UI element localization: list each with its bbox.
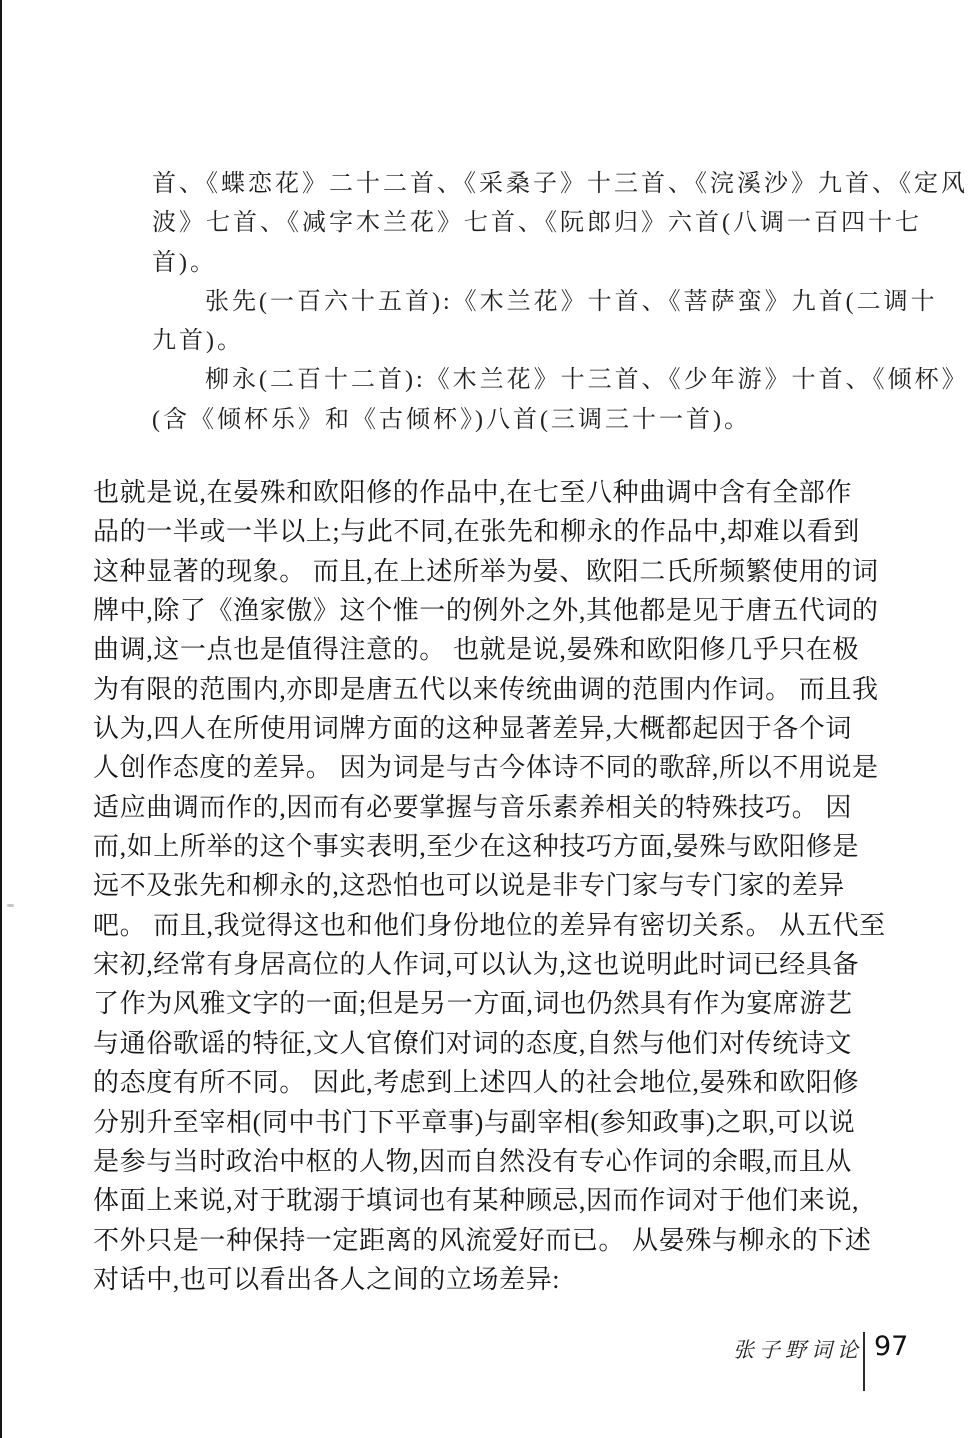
body-line: 而,如上所举的这个事实表明,至少在这种技巧方面,晏殊与欧阳修是 [93, 827, 893, 866]
body-paragraph: 也就是说,在晏殊和欧阳修的作品中,在七至八种曲调中含有全部作品的一半或一半以上;… [93, 473, 893, 1299]
running-title: 张子野词论 [733, 1334, 863, 1364]
scanned-page: 首、《蝶恋花》二十二首、《采桑子》十三首、《浣溪沙》九首、《定风波》七首、《减字… [0, 0, 977, 1438]
body-line: 的态度有所不同。 因此,考虑到上述四人的社会地位,晏殊和欧阳修 [93, 1063, 893, 1102]
body-line: 对话中,也可以看出各人之间的立场差异: [93, 1260, 893, 1299]
body-line: 是参与当时政治中枢的人物,因而自然没有专心作词的余暇,而且从 [93, 1142, 893, 1181]
body-line: 牌中,除了《渔家傲》这个惟一的例外之外,其他都是见于唐五代词的 [93, 591, 893, 630]
body-line: 品的一半或一半以上;与此不同,在张先和柳永的作品中,却难以看到 [93, 512, 893, 551]
page-number: 97 [874, 1331, 908, 1362]
body-line: 了作为风雅文字的一面;但是另一方面,词也仍然具有作为宴席游艺 [93, 984, 893, 1023]
body-line: 为有限的范围内,亦即是唐五代以来传统曲调的范围内作词。 而且我 [93, 670, 893, 709]
margin-speck-artifact [7, 904, 14, 907]
body-line: 适应曲调而作的,因而有必要掌握与音乐素养相关的特殊技巧。 因 [93, 788, 893, 827]
body-line: 吧。 而且,我觉得这也和他们身份地位的差异有密切关系。 从五代至 [93, 906, 893, 945]
body-line: 分别升至宰相(同中书门下平章事)与副宰相(参知政事)之职,可以说 [93, 1103, 893, 1142]
body-line: 宋初,经常有身居高位的人作词,可以认为,这也说明此时词已经具备 [93, 945, 893, 984]
body-line: 也就是说,在晏殊和欧阳修的作品中,在七至八种曲调中含有全部作 [93, 473, 893, 512]
quote-block: 首、《蝶恋花》二十二首、《采桑子》十三首、《浣溪沙》九首、《定风波》七首、《减字… [152, 165, 892, 440]
body-line: 人创作态度的差异。 因为词是与古今体诗不同的歌辞,所以不用说是 [93, 748, 893, 787]
quote-line: 首、《蝶恋花》二十二首、《采桑子》十三首、《浣溪沙》九首、《定风 [152, 165, 892, 204]
body-line: 这种显著的现象。 而且,在上述所举为晏、欧阳二氏所频繁使用的词 [93, 552, 893, 591]
body-line: 曲调,这一点也是值得注意的。 也就是说,晏殊和欧阳修几乎只在极 [93, 630, 893, 669]
quote-line: 柳永(二百十二首):《木兰花》十三首、《少年游》十首、《倾杯》 [152, 361, 892, 400]
body-line: 认为,四人在所使用词牌方面的这种显著差异,大概都起因于各个词 [93, 709, 893, 748]
body-line: 与通俗歌谣的特征,文人官僚们对词的态度,自然与他们对传统诗文 [93, 1024, 893, 1063]
body-line: 远不及张先和柳永的,这恐怕也可以说是非专门家与专门家的差异 [93, 866, 893, 905]
scan-edge-artifact [0, 0, 2, 1438]
quote-line: (含《倾杯乐》和《古倾杯》)八首(三调三十一首)。 [152, 401, 892, 440]
quote-line: 波》七首、《减字木兰花》七首、《阮郎归》六首(八调一百四十七 [152, 204, 892, 243]
body-line: 不外只是一种保持一定距离的风流爱好而已。 从晏殊与柳永的下述 [93, 1221, 893, 1260]
footer-divider [863, 1332, 865, 1391]
quote-line: 张先(一百六十五首):《木兰花》十首、《菩萨蛮》九首(二调十 [152, 283, 892, 322]
body-line: 体面上来说,对于耽溺于填词也有某种顾忌,因而作词对于他们来说, [93, 1181, 893, 1220]
quote-line: 九首)。 [152, 322, 892, 361]
quote-line: 首)。 [152, 244, 892, 283]
